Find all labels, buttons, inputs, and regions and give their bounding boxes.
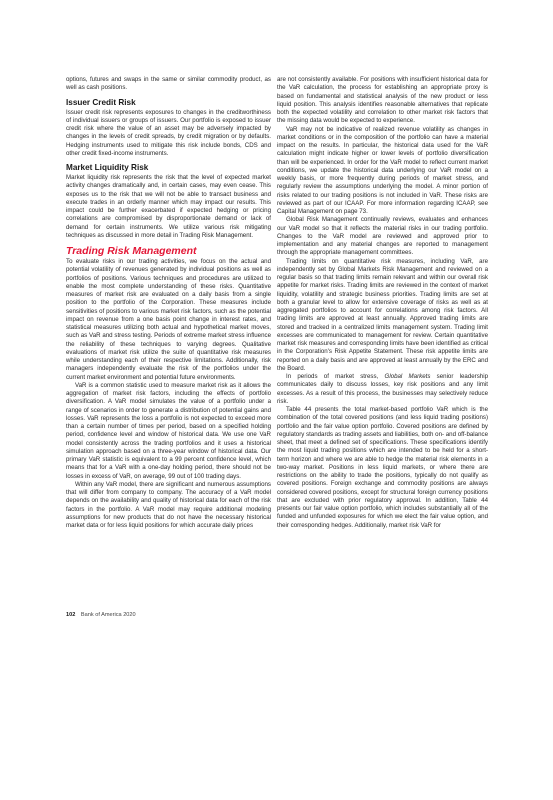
var-continuation-paragraph: are not consistently available. For posi… [277,76,488,126]
issuer-credit-risk-heading: Issuer Credit Risk [66,98,271,108]
global-markets-italic: Global Markets [385,373,431,380]
trading-risk-paragraph-2: VaR is a common statistic used to measur… [66,382,271,481]
intro-paragraph: options, futures and swaps in the same o… [66,76,271,93]
page-number: 102 [66,612,75,618]
market-liquidity-risk-paragraph: Market liquidity risk represents the ris… [66,174,271,240]
trading-limits-paragraph: Trading limits on quantitative risk meas… [277,258,488,374]
market-liquidity-risk-heading: Market Liquidity Risk [66,163,271,173]
right-column: are not consistently available. For posi… [277,76,488,530]
left-column: options, futures and swaps in the same o… [66,76,271,530]
table-44-paragraph: Table 44 presents the total market-based… [277,406,488,530]
market-stress-text-start: In periods of market stress, [286,373,385,380]
trading-risk-paragraph-3: Within any VaR model, there are signific… [66,481,271,531]
issuer-credit-risk-paragraph: Issuer credit risk represents exposures … [66,109,271,159]
trading-risk-management-heading: Trading Risk Management [66,245,271,257]
var-indicative-paragraph: VaR may not be indicative of realized re… [277,126,488,217]
market-stress-paragraph: In periods of market stress, Global Mark… [277,373,488,406]
publication-name: Bank of America 2020 [81,612,136,618]
trading-risk-paragraph-1: To evaluate risks in our trading activit… [66,258,271,382]
global-risk-management-paragraph: Global Risk Management continually revie… [277,216,488,257]
page-footer: 102 Bank of America 2020 [66,612,136,618]
